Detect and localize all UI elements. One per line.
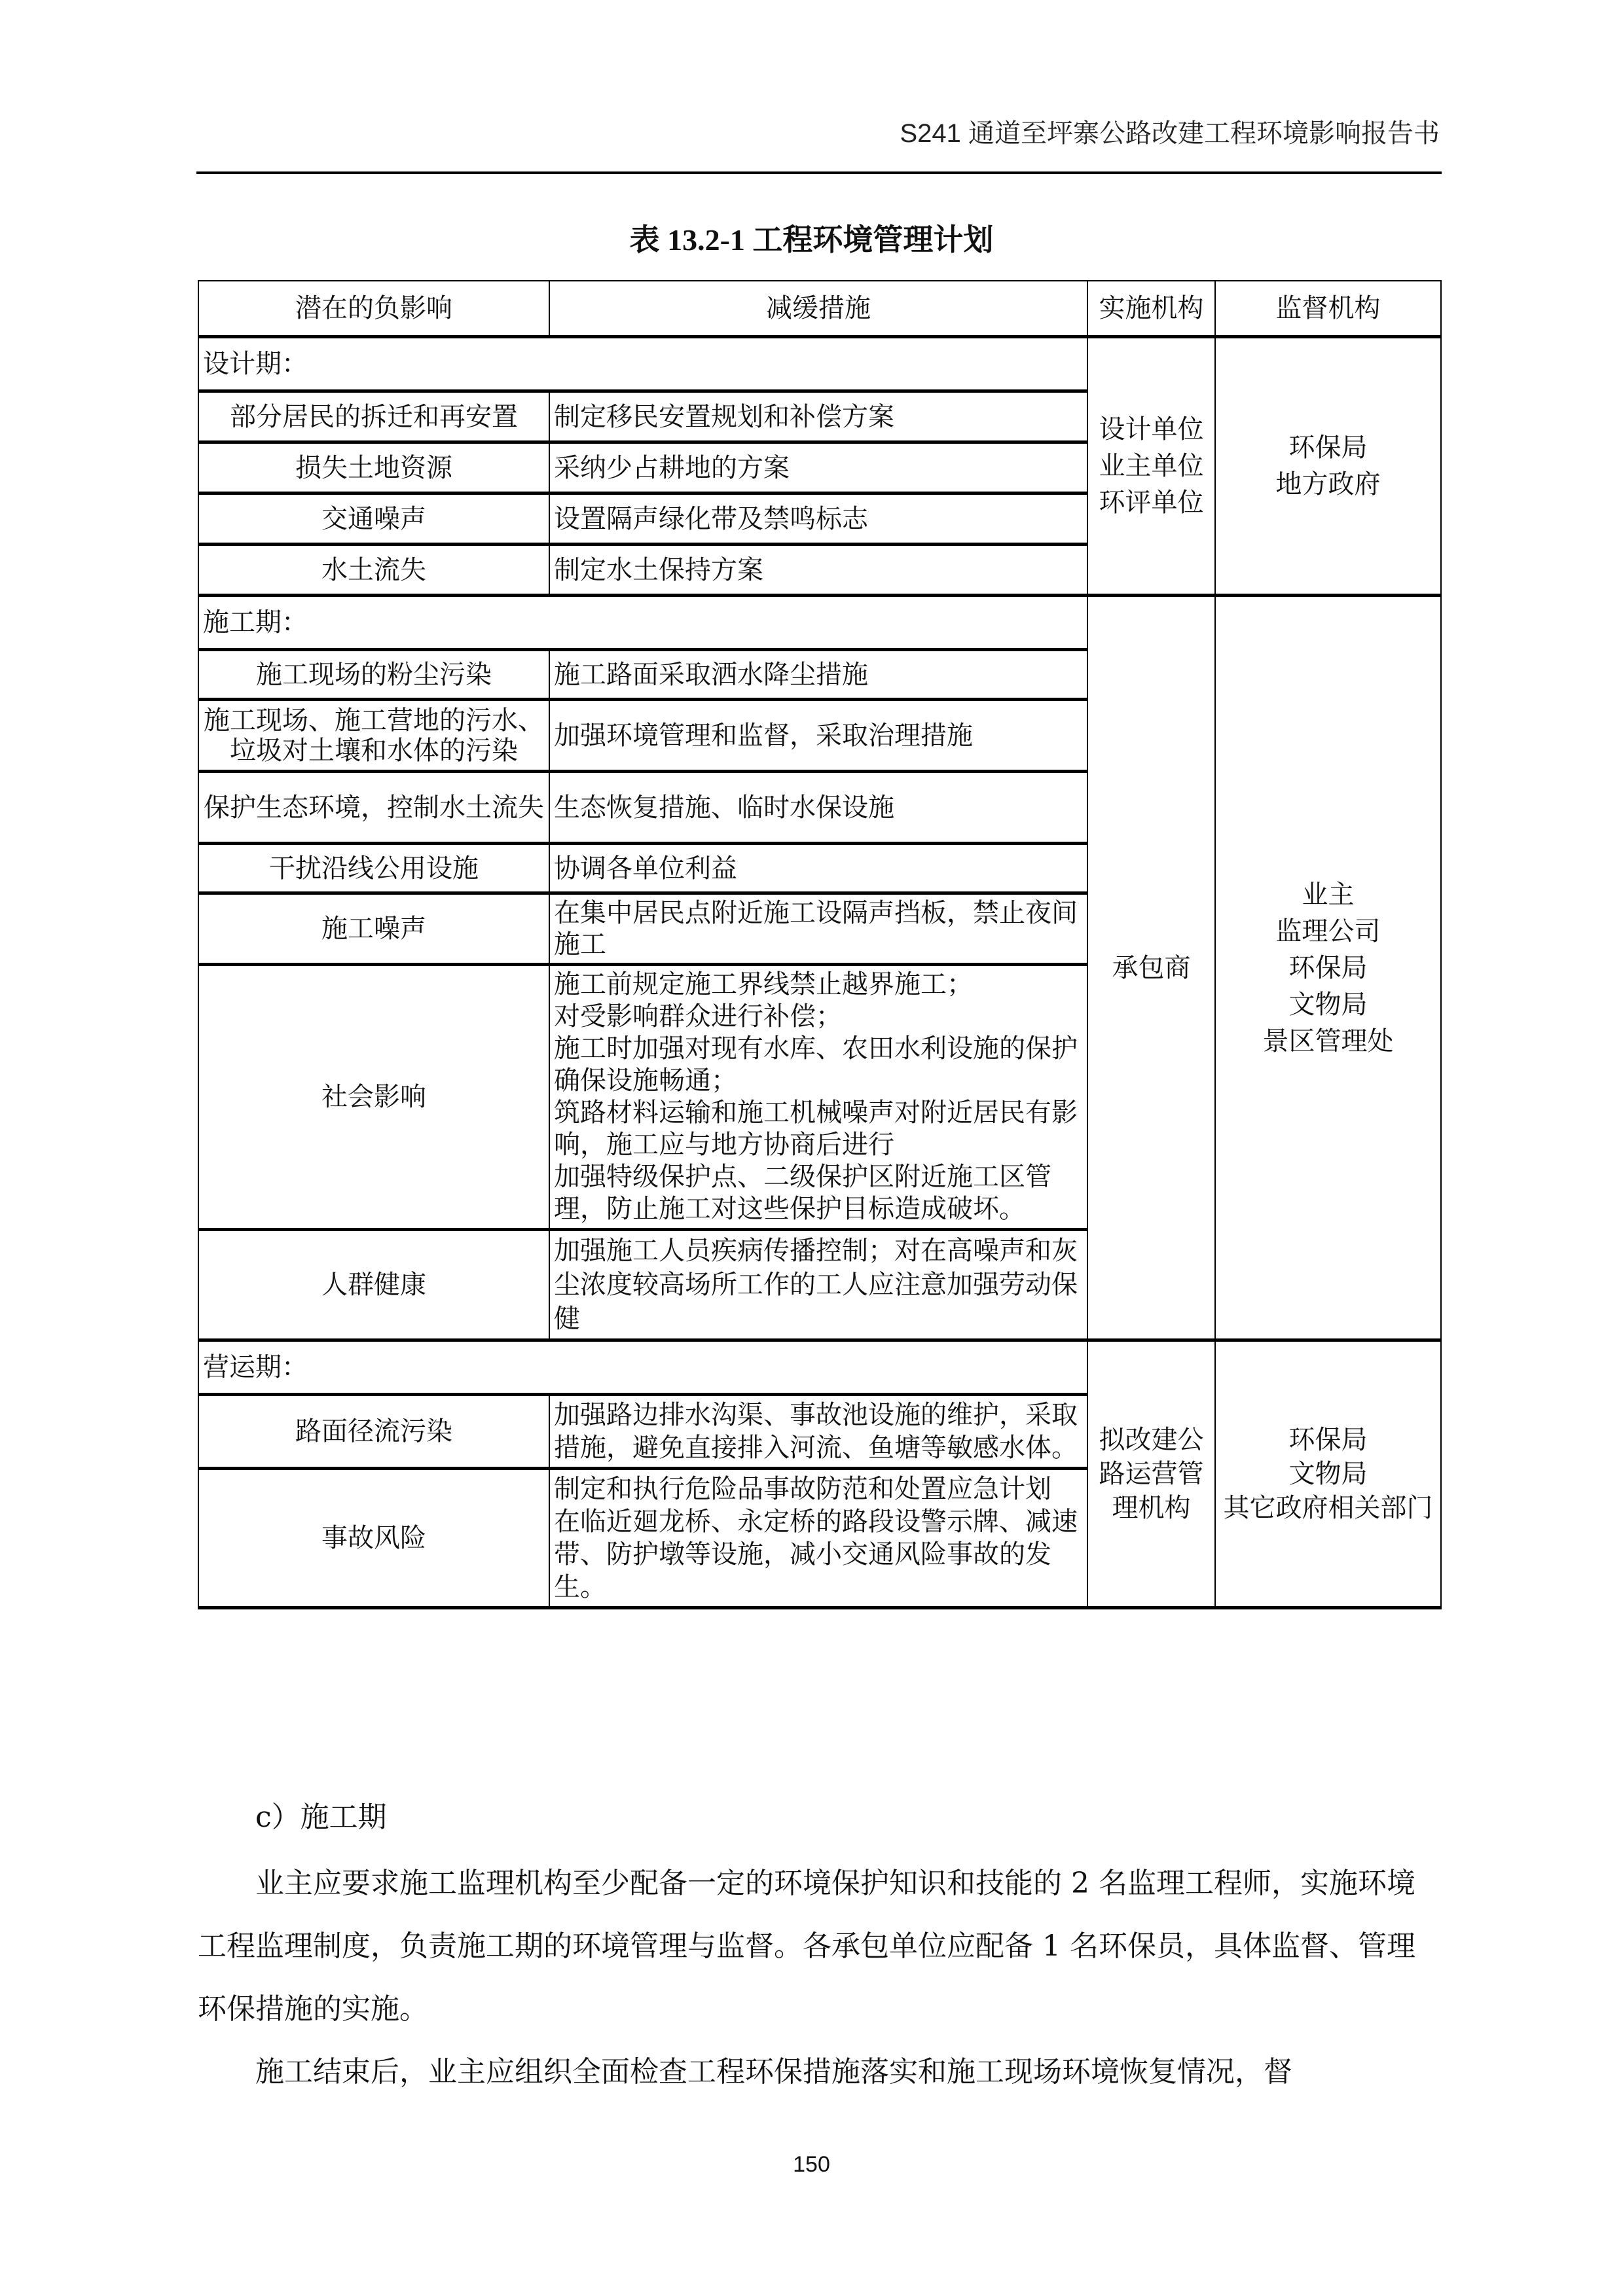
impact-cell: 损失土地资源 [198, 442, 549, 493]
supervising-agency-design: 环保局 地方政府 [1215, 337, 1441, 596]
impact-cell: 社会影响 [198, 965, 549, 1230]
body-text: 业主应要求施工监理机构至少配备一定的环境保护知识和技能的 2 名监理工程师，实施… [198, 1852, 1440, 2104]
table-caption: 表 13.2-1 工程环境管理计划 [0, 216, 1623, 259]
impact-cell: 施工噪声 [198, 893, 549, 965]
mitigation-cell: 施工路面采取洒水降尘措施 [549, 650, 1087, 700]
mitigation-cell: 制定水土保持方案 [549, 545, 1087, 596]
column-header-impact: 潜在的负影响 [198, 281, 549, 337]
supervising-agency-operation: 环保局 文物局 其它政府相关部门 [1215, 1340, 1441, 1608]
impact-cell: 施工现场的粉尘污染 [198, 650, 549, 700]
sub-heading-construction-period: c）施工期 [255, 1793, 387, 1835]
impact-cell: 部分居民的拆迁和再安置 [198, 391, 549, 442]
implementing-agency-operation: 拟改建公路运营管理机构 [1087, 1340, 1215, 1608]
mitigation-cell: 设置隔声绿化带及禁鸣标志 [549, 493, 1087, 545]
impact-cell: 人群健康 [198, 1230, 549, 1340]
mitigation-cell: 加强路边排水沟渠、事故池设施的维护，采取措施，避免直接排入河流、鱼塘等敏感水体。 [549, 1395, 1087, 1469]
section-row-design: 设计期： 设计单位 业主单位 环评单位 环保局 地方政府 [198, 337, 1441, 391]
impact-cell: 水土流失 [198, 545, 549, 596]
page-number: 150 [0, 2152, 1623, 2178]
section-label-construction: 施工期： [198, 596, 1087, 650]
section-label-design: 设计期： [198, 337, 1087, 391]
mitigation-cell: 制定移民安置规划和补偿方案 [549, 391, 1087, 442]
mitigation-cell: 加强施工人员疾病传播控制；对在高噪声和灰尘浓度较高场所工作的工人应注意加强劳动保… [549, 1230, 1087, 1340]
column-header-supervising-agency: 监督机构 [1215, 281, 1441, 337]
impact-cell: 干扰沿线公用设施 [198, 844, 549, 893]
table-header-row: 潜在的负影响 减缓措施 实施机构 监督机构 [198, 281, 1441, 337]
impact-cell: 交通噪声 [198, 493, 549, 545]
section-label-operation: 营运期： [198, 1340, 1087, 1395]
mitigation-cell: 制定和执行危险品事故防范和处置应急计划 在临近廻龙桥、永定桥的路段设警示牌、减速… [549, 1469, 1087, 1608]
impact-cell: 路面径流污染 [198, 1395, 549, 1469]
mitigation-cell: 加强环境管理和监督，采取治理措施 [549, 700, 1087, 772]
implementing-agency-construction: 承包商 [1087, 596, 1215, 1340]
mitigation-cell: 采纳少占耕地的方案 [549, 442, 1087, 493]
paragraph: 业主应要求施工监理机构至少配备一定的环境保护知识和技能的 2 名监理工程师，实施… [198, 1852, 1440, 2041]
paragraph: 施工结束后，业主应组织全面检查工程环保措施落实和施工现场环境恢复情况，督 [198, 2041, 1440, 2104]
mitigation-cell: 在集中居民点附近施工设隔声挡板，禁止夜间施工 [549, 893, 1087, 965]
mitigation-cell: 施工前规定施工界线禁止越界施工； 对受影响群众进行补偿； 施工时加强对现有水库、… [549, 965, 1087, 1230]
impact-cell: 事故风险 [198, 1469, 549, 1608]
supervising-agency-construction: 业主 监理公司 环保局 文物局 景区管理处 [1215, 596, 1441, 1340]
impact-cell: 施工现场、施工营地的污水、垃圾对土壤和水体的污染 [198, 700, 549, 772]
header-rule [196, 171, 1442, 174]
mitigation-cell: 生态恢复措施、临时水保设施 [549, 772, 1087, 844]
column-header-mitigation: 减缓措施 [549, 281, 1087, 337]
document-header-title: S241 通道至坪寨公路改建工程环境影响报告书 [900, 113, 1440, 150]
section-row-construction: 施工期： 承包商 业主 监理公司 环保局 文物局 景区管理处 [198, 596, 1441, 650]
mitigation-cell: 协调各单位利益 [549, 844, 1087, 893]
environmental-management-plan-table: 潜在的负影响 减缓措施 实施机构 监督机构 设计期： 设计单位 业主单位 环评单… [198, 280, 1442, 1609]
section-row-operation: 营运期： 拟改建公路运营管理机构 环保局 文物局 其它政府相关部门 [198, 1340, 1441, 1395]
column-header-implementing-agency: 实施机构 [1087, 281, 1215, 337]
implementing-agency-design: 设计单位 业主单位 环评单位 [1087, 337, 1215, 596]
impact-cell: 保护生态环境，控制水土流失 [198, 772, 549, 844]
